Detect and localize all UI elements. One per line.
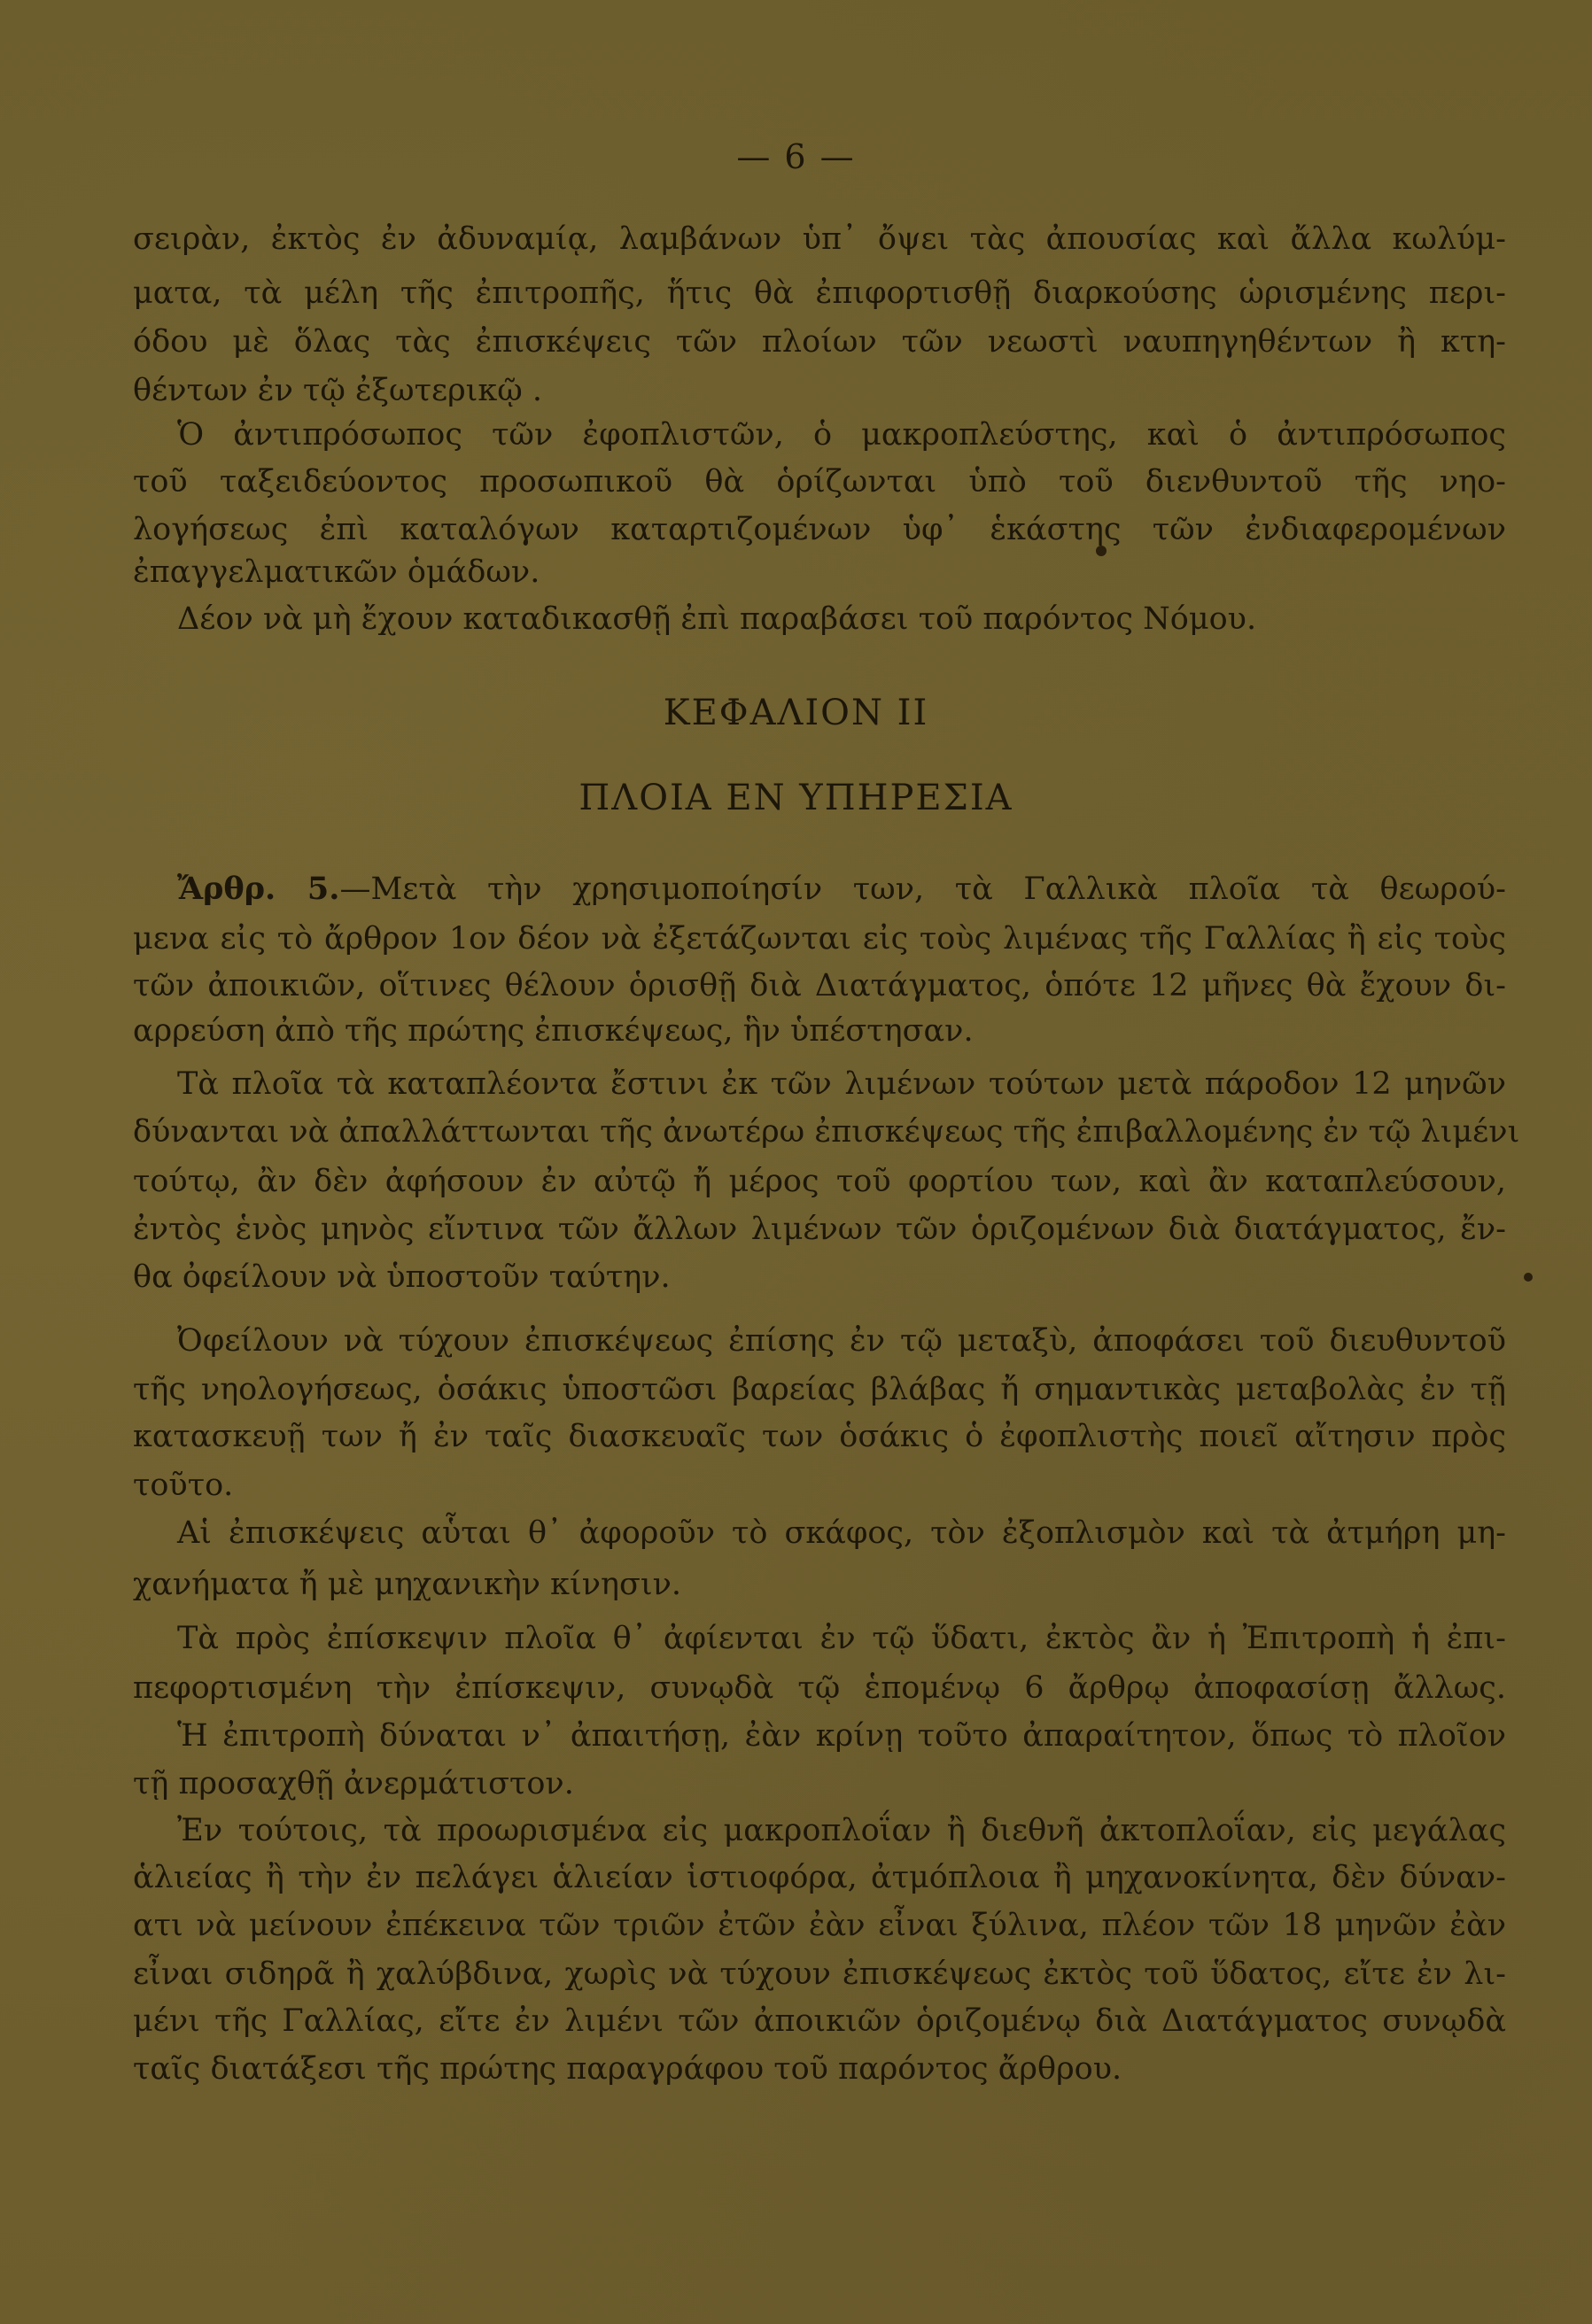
- article-label: Ἄρθρ. 5.: [177, 871, 339, 907]
- text-line: Τὰ πρὸς ἐπίσκεψιν πλοῖα θ᾽ ἀφίενται ἐν τ…: [177, 1617, 1506, 1660]
- text-line: Ἐν τούτοις, τὰ προωρισμένα εἰς μακροπλοΐ…: [177, 1809, 1506, 1852]
- article-first-line-text: —Μετὰ τὴν χρησιμοποίησίν των, τὰ Γαλλικὰ…: [339, 871, 1506, 907]
- text-line: χανήματα ἤ μὲ μηχανικὴν κίνησιν.: [133, 1563, 1506, 1606]
- text-line: ταῖς διατάξεσι τῆς πρώτης παραγράφου τοῦ…: [133, 2048, 1506, 2090]
- chapter-subtitle: ΠΛΟΙΑ ΕΝ ΥΠΗΡΕΣΙΑ: [0, 778, 1592, 818]
- text-line: τῇ προσαχθῇ ἀνερμάτιστον.: [133, 1762, 1506, 1805]
- text-line: Τὰ πλοῖα τὰ καταπλέοντα ἔστινι ἐκ τῶν λι…: [177, 1063, 1506, 1105]
- page-number: — 6 —: [0, 137, 1592, 176]
- text-line: τοῦτο.: [133, 1464, 1506, 1507]
- text-line: Ἡ ἐπιτροπὴ δύναται ν᾽ ἀπαιτήσῃ, ἐὰν κρίν…: [177, 1715, 1506, 1757]
- text-line: θέντων ἐν τῷ ἐξωτερικῷ .: [133, 369, 1506, 412]
- text-line: Ὀφείλουν νὰ τύχουν ἐπισκέψεως ἐπίσης ἐν …: [177, 1320, 1506, 1362]
- text-line: τούτῳ, ἂν δὲν ἀφήσουν ἐν αὐτῷ ἤ μέρος το…: [133, 1160, 1506, 1203]
- text-line: κατασκευῇ των ἤ ἐν ταῖς διασκευαῖς των ὁ…: [133, 1415, 1506, 1458]
- text-line: αρρεύση ἀπὸ τῆς πρώτης ἐπισκέψεως, ἣν ὑπ…: [133, 1010, 1506, 1052]
- text-line: θα ὀφείλουν νὰ ὑποστοῦν ταύτην.: [133, 1256, 1506, 1298]
- text-line: τῆς νηολογήσεως, ὁσάκις ὑποστῶσι βαρείας…: [133, 1368, 1506, 1411]
- document-page: — 6 — σειρὰν, ἐκτὸς ἐν ἀδυναμίᾳ, λαμβάνω…: [0, 0, 1592, 2324]
- text-line: ἁλιείας ἢ τὴν ἐν πελάγει ἁλιείαν ἱστιοφό…: [133, 1856, 1506, 1899]
- text-line: εἶναι σιδηρᾶ ἢ χαλύβδινα, χωρὶς νὰ τύχου…: [133, 1953, 1506, 1995]
- chapter-title: ΚΕΦΑΛΙΟΝ ΙΙ: [0, 693, 1592, 733]
- text-line: τοῦ ταξειδεύοντος προσωπικοῦ θὰ ὁρίζωντα…: [133, 461, 1506, 503]
- text-line: σειρὰν, ἐκτὸς ἐν ἀδυναμίᾳ, λαμβάνων ὑπ᾽ …: [133, 218, 1506, 260]
- text-line: μένι τῆς Γαλλίας, εἴτε ἐν λιμένι τῶν ἀπο…: [133, 2000, 1506, 2042]
- text-line: τῶν ἀποικιῶν, οἵτινες θέλουν ὁρισθῇ διὰ …: [133, 964, 1506, 1007]
- text-line: ἐπαγγελματικῶν ὁμάδων.: [133, 551, 1506, 593]
- text-line: ἐντὸς ἑνὸς μηνὸς εἴντινα τῶν ἄλλων λιμέν…: [133, 1208, 1506, 1251]
- text-line: μενα εἰς τὸ ἄρθρον 1ον δέον νὰ ἐξετάζωντ…: [133, 918, 1506, 960]
- article-first-line: Ἄρθρ. 5.—Μετὰ τὴν χρησιμοποίησίν των, τὰ…: [177, 868, 1506, 910]
- text-line: Ὁ ἀντιπρόσωπος τῶν ἐφοπλιστῶν, ὁ μακροπλ…: [177, 414, 1506, 456]
- text-line: Δέον νὰ μὴ ἔχουν καταδικασθῇ ἐπὶ παραβάσ…: [177, 598, 1506, 640]
- text-line: λογήσεως ἐπὶ καταλόγων καταρτιζομένων ὑφ…: [133, 508, 1506, 551]
- text-line: ματα, τὰ μέλη τῆς ἐπιτροπῆς, ἥτις θὰ ἐπι…: [133, 272, 1506, 314]
- ink-spot: [1096, 546, 1107, 556]
- text-line: πεφορτισμένη τὴν ἐπίσκεψιν, συνῳδὰ τῷ ἑπ…: [133, 1667, 1506, 1709]
- text-line: Αἱ ἐπισκέψεις αὗται θ᾽ ἀφοροῦν τὸ σκάφος…: [177, 1512, 1506, 1554]
- text-line: δύνανται νὰ ἀπαλλάττωνται τῆς ἀνωτέρω ἐπ…: [133, 1111, 1506, 1153]
- text-line: όδου μὲ ὅλας τὰς ἐπισκέψεις τῶν πλοίων τ…: [133, 321, 1506, 363]
- text-line: ατι νὰ μείνουν ἐπέκεινα τῶν τριῶν ἐτῶν ἐ…: [133, 1904, 1506, 1947]
- ink-spot: [1524, 1273, 1533, 1282]
